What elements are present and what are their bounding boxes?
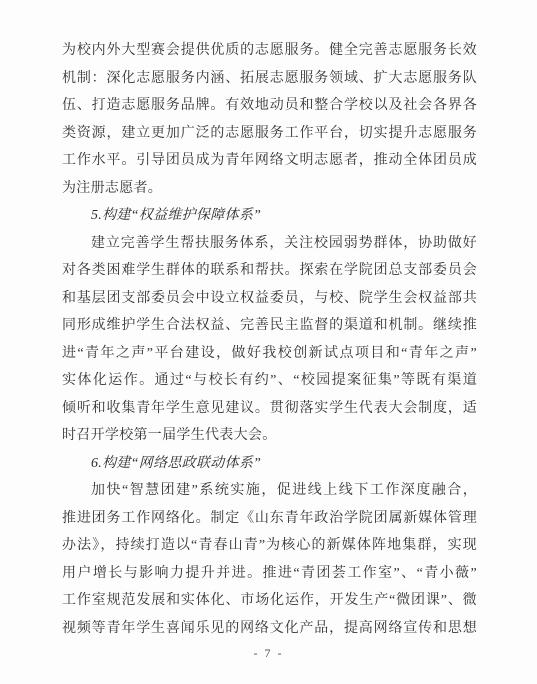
text-line: 办法》，持续打造以“青春山青”为核心的新媒体阵地集群，实现	[62, 532, 477, 560]
text-line: 推进团务工作网络化。制定《山东青年政治学院团属新媒体管理	[62, 505, 477, 533]
text-line: 伍、打造志愿服务品牌。有效地动员和整合学校以及社会各界各	[62, 92, 477, 120]
section-heading: 6.构建“网络思政联动体系”	[62, 450, 477, 478]
text-line: 实体化运作。通过“与校长有约”、“校园提案征集”等既有渠道	[62, 367, 477, 395]
text-line: 用户增长与影响力提升并进。推进“青团荟工作室”、“青小薇”	[62, 560, 477, 588]
document-page: 为校内外大型赛会提供优质的志愿服务。健全完善志愿服务长效机制：深化志愿服务内涵、…	[0, 0, 537, 684]
document-body: 为校内外大型赛会提供优质的志愿服务。健全完善志愿服务长效机制：深化志愿服务内涵、…	[62, 37, 477, 642]
section-heading: 5.构建“权益维护保障体系”	[62, 202, 477, 230]
text-line: 时召开学校第一届学生代表大会。	[62, 422, 477, 450]
text-line: 对各类困难学生群体的联系和帮扶。探索在学院团总支部委员会	[62, 257, 477, 285]
text-line: 类资源，建立更加广泛的志愿服务工作平台，切实提升志愿服务	[62, 120, 477, 148]
page-number: - 7 -	[0, 646, 537, 661]
text-line: 机制：深化志愿服务内涵、拓展志愿服务领域、扩大志愿服务队	[62, 65, 477, 93]
text-line: 加快“智慧团建”系统实施，促进线上线下工作深度融合，	[62, 477, 477, 505]
text-line: 倾听和收集青年学生意见建议。贯彻落实学生代表大会制度，适	[62, 395, 477, 423]
text-line: 同形成维护学生合法权益、完善民主监督的渠道和机制。继续推	[62, 312, 477, 340]
text-line: 工作水平。引导团员成为青年网络文明志愿者，推动全体团员成	[62, 147, 477, 175]
text-line: 和基层团支部委员会中设立权益委员，与校、院学生会权益部共	[62, 285, 477, 313]
text-line: 进“青年之声”平台建设，做好我校创新试点项目和“青年之声”	[62, 340, 477, 368]
text-line: 视频等青年学生喜闻乐见的网络文化产品，提高网络宣传和思想	[62, 615, 477, 643]
text-line: 工作室规范发展和实体化、市场化运作，开发生产“微团课”、微	[62, 587, 477, 615]
text-line: 为注册志愿者。	[62, 175, 477, 203]
text-line: 为校内外大型赛会提供优质的志愿服务。健全完善志愿服务长效	[62, 37, 477, 65]
text-line: 建立完善学生帮扶服务体系，关注校园弱势群体，协助做好	[62, 230, 477, 258]
